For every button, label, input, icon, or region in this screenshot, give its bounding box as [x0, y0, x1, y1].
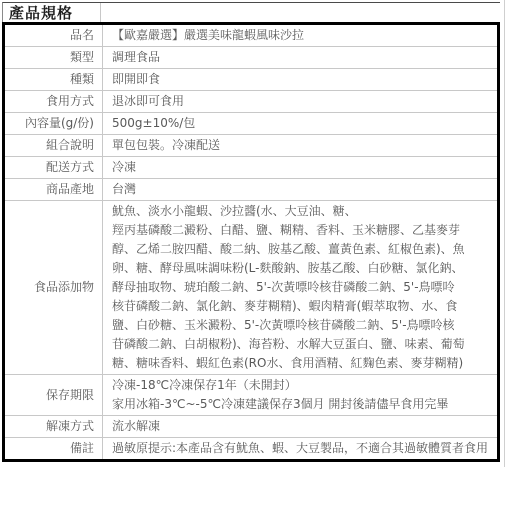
row-label: 類型: [5, 47, 103, 68]
row-label: 配送方式: [5, 157, 103, 178]
header-empty-cell: [101, 3, 500, 22]
row-value: 500g±10%/包: [103, 113, 497, 134]
row-value: 冷凍: [103, 157, 497, 178]
table-row-thawing-method: 解凍方式 流水解凍: [5, 416, 497, 438]
row-label: 保存期限: [5, 375, 103, 415]
row-value: 魷魚、淡水小龍蝦、沙拉醬(水、大豆油、糖、 羥丙基磷酸二澱粉、白醋、鹽、糊精、香…: [103, 201, 497, 374]
row-label: 品名: [5, 25, 103, 46]
row-value: 即開即食: [103, 69, 497, 90]
row-label: 種類: [5, 69, 103, 90]
spec-table: 產品規格 品名 【歐嘉嚴選】嚴選美味龍蝦風味沙拉 類型 調理食品 種類 即開即食…: [2, 2, 500, 462]
table-row-type: 類型 調理食品: [5, 47, 497, 69]
table-row-food-additives: 食品添加物 魷魚、淡水小龍蝦、沙拉醬(水、大豆油、糖、 羥丙基磷酸二澱粉、白醋、…: [5, 201, 497, 375]
row-label: 組合說明: [5, 135, 103, 156]
row-label: 食品添加物: [5, 201, 103, 374]
row-value: 單包包裝。冷凍配送: [103, 135, 497, 156]
table-row-remarks: 備註 過敏原提示:本產品含有魷魚、蝦、大豆製品，不適合其過敏體質者食用: [5, 438, 497, 459]
row-value: 冷凍-18℃冷凍保存1年（未開封） 家用冰箱-3℃~-5℃冷凍建議保存3個月 開…: [103, 375, 497, 415]
row-label: 食用方式: [5, 91, 103, 112]
table-row-eating-method: 食用方式 退冰即可食用: [5, 91, 497, 113]
table-row-product-name: 品名 【歐嘉嚴選】嚴選美味龍蝦風味沙拉: [5, 25, 497, 47]
table-row-origin: 商品產地 台灣: [5, 179, 497, 201]
row-value: 台灣: [103, 179, 497, 200]
sheet-right-gridline: [504, 0, 505, 467]
table-row-category: 種類 即開即食: [5, 69, 497, 91]
table-header-row: 產品規格: [2, 2, 500, 22]
table-row-package-description: 組合說明 單包包裝。冷凍配送: [5, 135, 497, 157]
row-label: 備註: [5, 438, 103, 459]
row-label: 商品產地: [5, 179, 103, 200]
table-row-net-content: 內容量(g/份) 500g±10%/包: [5, 113, 497, 135]
row-value: 過敏原提示:本產品含有魷魚、蝦、大豆製品，不適合其過敏體質者食用: [103, 438, 497, 459]
row-value: 【歐嘉嚴選】嚴選美味龍蝦風味沙拉: [103, 25, 497, 46]
row-label: 內容量(g/份): [5, 113, 103, 134]
table-row-shelf-life: 保存期限 冷凍-18℃冷凍保存1年（未開封） 家用冰箱-3℃~-5℃冷凍建議保存…: [5, 375, 497, 416]
page-title: 產品規格: [3, 3, 101, 22]
row-value: 調理食品: [103, 47, 497, 68]
row-value: 流水解凍: [103, 416, 497, 437]
row-label: 解凍方式: [5, 416, 103, 437]
table-row-delivery-method: 配送方式 冷凍: [5, 157, 497, 179]
table-body: 品名 【歐嘉嚴選】嚴選美味龍蝦風味沙拉 類型 調理食品 種類 即開即食 食用方式…: [2, 22, 500, 462]
product-spec-sheet: 產品規格 品名 【歐嘉嚴選】嚴選美味龍蝦風味沙拉 類型 調理食品 種類 即開即食…: [0, 0, 507, 507]
row-value: 退冰即可食用: [103, 91, 497, 112]
